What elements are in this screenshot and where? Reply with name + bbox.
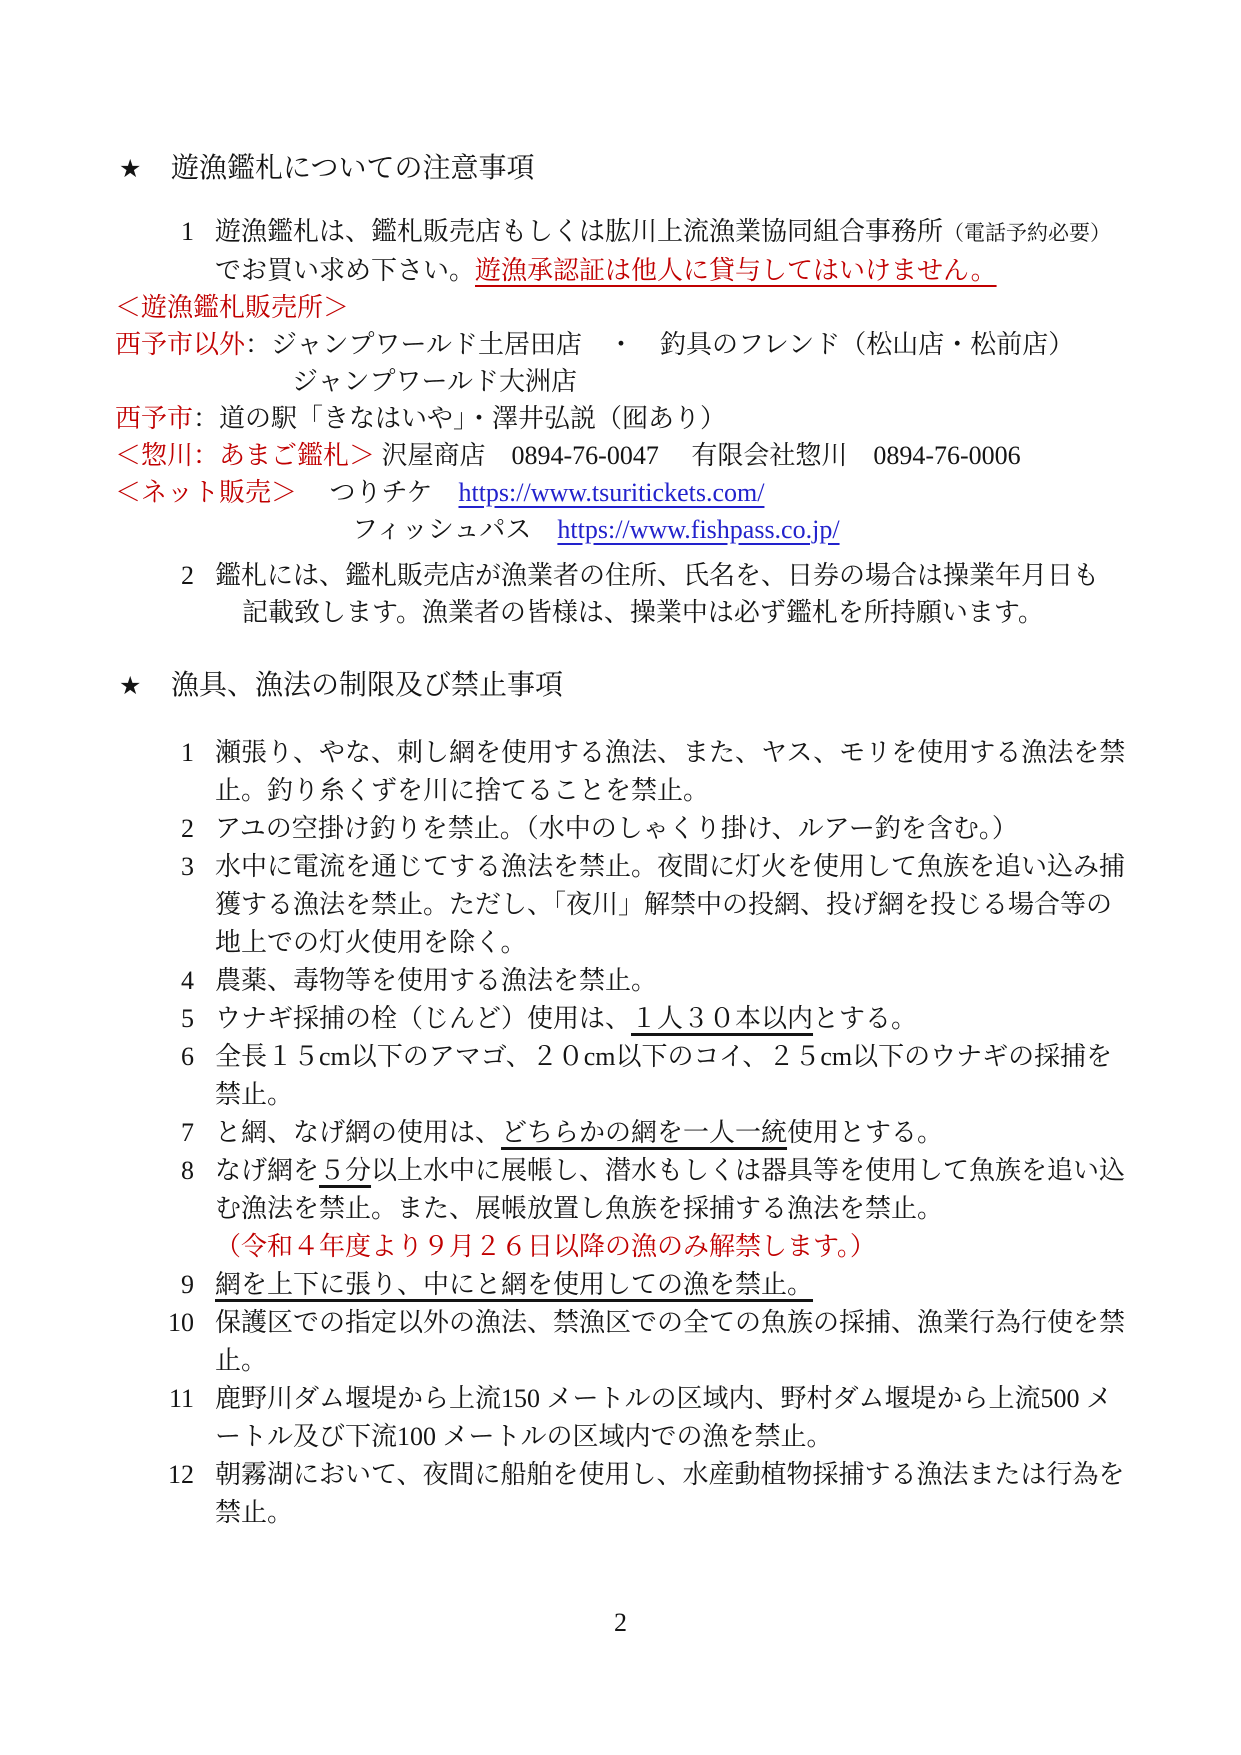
text-segment: なげ網を — [215, 1156, 319, 1185]
text-segment: どちらかの網を一人一統 — [501, 1118, 787, 1147]
rule-item-6-number: 6 — [160, 1038, 194, 1076]
text-segment: １人３０本以内 — [631, 1004, 813, 1033]
text-segment: ジャンプワールド大洲店 — [292, 367, 577, 396]
text-segment: ５分 — [319, 1156, 371, 1185]
section2-heading: ★漁具、漁法の制限及び禁止事項 — [115, 665, 1131, 708]
prohibition-list: 1 瀬張り、やな、刺し網を使用する漁法、また、ヤス、モリを使用する漁法を禁止。釣… — [115, 734, 1131, 1532]
seller-row-jumpworld-ozu: ジャンプワールド大洲店 — [115, 363, 1131, 400]
rule-item-5: 5 ウナギ採捕の栓（じんど）使用は、１人３０本以内とする。 — [115, 1000, 1131, 1038]
text-segment: 記載致します。漁業者の皆様は、操業中は必ず鑑札を所持願います。 — [242, 598, 1044, 627]
text-segment: フィッシュパス — [352, 515, 557, 544]
text-segment: 保護区での指定以外の漁法、禁漁区での全ての魚族の採捕、漁業行為行使を禁止。 — [215, 1308, 1125, 1375]
page-number: 2 — [0, 1608, 1241, 1638]
rule-item-10-number: 10 — [160, 1304, 194, 1342]
rule-item-12-text: 朝霧湖において、夜間に船舶を使用し、水産動植物採捕する漁法または行為を禁止。 — [215, 1460, 1124, 1527]
rule-item-9: 9 網を上下に張り、中にと網を使用しての漁を禁止。 — [115, 1266, 1131, 1304]
text-segment: 鹿野川ダム堰堤から上流150 メートルの区域内、野村ダム堰堤から上流500 メー… — [215, 1384, 1112, 1451]
tsuritickets-link[interactable]: https://www.tsuritickets.com/ — [458, 478, 764, 507]
rule-item-10: 10 保護区での指定以外の漁法、禁漁区での全ての魚族の採捕、漁業行為行使を禁止。 — [115, 1304, 1131, 1380]
text-segment: 遊漁承認証は他人に貸与してはいけません。 — [475, 256, 997, 285]
text-segment: と網、なげ網の使用は、 — [215, 1118, 501, 1147]
text-segment: ＜惣川：あまご鑑札＞ — [115, 441, 375, 470]
text-segment: 朝霧湖において、夜間に船舶を使用し、水産動植物採捕する漁法または行為を禁止。 — [215, 1460, 1124, 1527]
seller-row-seiyo: 西予市：道の駅「きなはいや」・澤井弘説（囮あり） — [115, 400, 1131, 437]
text-segment: 西予市 — [115, 404, 193, 433]
notice-item-2-line2: 記載致します。漁業者の皆様は、操業中は必ず鑑札を所持願います。 — [215, 598, 1044, 627]
rule-item-3-text: 水中に電流を通じてする漁法を禁止。夜間に灯火を使用して魚族を追い込み捕獲する漁法… — [215, 852, 1125, 957]
rule-item-7: 7 と網、なげ網の使用は、どちらかの網を一人一統使用とする。 — [115, 1114, 1131, 1152]
rule-item-9-text: 網を上下に張り、中にと網を使用しての漁を禁止。 — [215, 1270, 813, 1299]
text-segment: 網を上下に張り、中にと網を使用しての漁を禁止。 — [215, 1270, 813, 1299]
notice-item-1-number: 1 — [160, 213, 194, 250]
rule-item-1-number: 1 — [160, 734, 194, 772]
text-segment: 全長１５cm以下のアマゴ、２０cm以下のコイ、２５cm以下のウナギの採捕を禁止。 — [215, 1042, 1112, 1109]
seller-row-net-fishpass: フィッシュパス https://www.fishpass.co.jp/ — [115, 511, 1131, 548]
rule-item-4: 4 農薬、毒物等を使用する漁法を禁止。 — [115, 962, 1131, 1000]
text-segment: 瀬張り、やな、刺し網を使用する漁法、また、ヤス、モリを使用する漁法を禁止。釣り糸… — [215, 738, 1125, 805]
text-segment: （令和４年度より９月２６日以降の漁のみ解禁します。） — [215, 1228, 1131, 1266]
notice-item-1-line1: 遊漁鑑札は、鑑札販売店もしくは肱川上流漁業協同組合事務所（電話予約必要） — [215, 217, 1111, 246]
notice-item-2-line1: 鑑札には、鑑札販売店が漁業者の住所、氏名を、日券の場合は操業年月日も — [215, 561, 1099, 590]
text-segment: つりチケ — [297, 478, 458, 507]
rule-item-6-text: 全長１５cm以下のアマゴ、２０cm以下のコイ、２５cm以下のウナギの採捕を禁止。 — [215, 1042, 1112, 1109]
rule-item-2-text: アユの空掛け釣りを禁止。（水中のしゃくり掛け、ルアー釣を含む。） — [215, 814, 1018, 843]
rule-item-11-text: 鹿野川ダム堰堤から上流150 メートルの区域内、野村ダム堰堤から上流500 メー… — [215, 1384, 1112, 1451]
rule-item-11-number: 11 — [160, 1380, 194, 1418]
text-segment: でお買い求め下さい。 — [215, 256, 475, 285]
text-segment: 西予市以外 — [115, 330, 245, 359]
rule-item-7-text: と網、なげ網の使用は、どちらかの網を一人一統使用とする。 — [215, 1118, 943, 1147]
seller-row-net-tsuritickets: ＜ネット販売＞ つりチケ https://www.tsuritickets.co… — [115, 474, 1131, 511]
seller-row-outside-seiyo: 西予市以外：ジャンプワールド土居田店 ・ 釣具のフレンド（松山店・松前店） — [115, 326, 1131, 363]
rule-item-3: 3 水中に電流を通じてする漁法を禁止。夜間に灯火を使用して魚族を追い込み捕獲する… — [115, 848, 1131, 962]
text-segment: ＜遊漁鑑札販売所＞ — [115, 293, 349, 322]
rule-item-8-number: 8 — [160, 1152, 194, 1190]
rule-item-2-number: 2 — [160, 810, 194, 848]
document-page: ★遊漁鑑札についての注意事項 1 遊漁鑑札は、鑑札販売店もしくは肱川上流漁業協同… — [0, 0, 1241, 1755]
rule-item-6: 6 全長１５cm以下のアマゴ、２０cm以下のコイ、２５cm以下のウナギの採捕を禁… — [115, 1038, 1131, 1114]
text-segment: アユの空掛け釣りを禁止。（水中のしゃくり掛け、ルアー釣を含む。） — [215, 814, 1018, 843]
notice-item-2-number: 2 — [160, 557, 194, 594]
rule-item-9-number: 9 — [160, 1266, 194, 1304]
rule-item-3-number: 3 — [160, 848, 194, 886]
text-segment: 使用とする。 — [787, 1118, 943, 1147]
rule-item-8: 8 なげ網を５分以上水中に展帳し、潜水もしくは器具等を使用して魚族を追い込む漁法… — [115, 1152, 1131, 1266]
rule-item-10-text: 保護区での指定以外の漁法、禁漁区での全ての魚族の採捕、漁業行為行使を禁止。 — [215, 1308, 1125, 1375]
rule-item-12: 12 朝霧湖において、夜間に船舶を使用し、水産動植物採捕する漁法または行為を禁止… — [115, 1456, 1131, 1532]
text-segment: ＜ネット販売＞ — [115, 478, 297, 507]
rule-item-12-number: 12 — [160, 1456, 194, 1494]
text-segment: （電話予約必要） — [943, 221, 1111, 245]
section1-heading-text: 遊漁鑑札についての注意事項 — [171, 153, 534, 184]
seller-row-sogawa-amago: ＜惣川：あまご鑑札＞ 沢屋商店 0894-76-0047 有限会社惣川 0894… — [115, 437, 1131, 474]
text-segment: とする。 — [813, 1004, 917, 1033]
text-segment: 遊漁鑑札は、鑑札販売店もしくは肱川上流漁業協同組合事務所 — [215, 217, 943, 246]
rule-item-5-number: 5 — [160, 1000, 194, 1038]
section1-heading: ★遊漁鑑札についての注意事項 — [115, 148, 1131, 191]
star-bullet-icon: ★ — [115, 149, 171, 191]
license-sellers-block: ＜遊漁鑑札販売所＞ 西予市以外：ジャンプワールド土居田店 ・ 釣具のフレンド（松… — [115, 289, 1131, 548]
text-segment: 沢屋商店 0894-76-0047 有限会社惣川 0894-76-0006 — [375, 441, 1021, 470]
rule-item-7-number: 7 — [160, 1114, 194, 1152]
text-segment: 水中に電流を通じてする漁法を禁止。夜間に灯火を使用して魚族を追い込み捕獲する漁法… — [215, 852, 1125, 957]
text-segment: 農薬、毒物等を使用する漁法を禁止。 — [215, 966, 657, 995]
rule-item-1-text: 瀬張り、やな、刺し網を使用する漁法、また、ヤス、モリを使用する漁法を禁止。釣り糸… — [215, 738, 1125, 805]
fishpass-link[interactable]: https://www.fishpass.co.jp/ — [557, 515, 839, 544]
rule-item-1: 1 瀬張り、やな、刺し網を使用する漁法、また、ヤス、モリを使用する漁法を禁止。釣… — [115, 734, 1131, 810]
sellers-header: ＜遊漁鑑札販売所＞ — [115, 289, 1131, 326]
text-segment: ：ジャンプワールド土居田店 ・ 釣具のフレンド（松山店・松前店） — [245, 330, 1074, 359]
rule-item-11: 11 鹿野川ダム堰堤から上流150 メートルの区域内、野村ダム堰堤から上流500… — [115, 1380, 1131, 1456]
page-content: ★遊漁鑑札についての注意事項 1 遊漁鑑札は、鑑札販売店もしくは肱川上流漁業協同… — [115, 148, 1131, 1532]
notice-item-2: 2 鑑札には、鑑札販売店が漁業者の住所、氏名を、日券の場合は操業年月日も 記載致… — [115, 557, 1131, 631]
text-segment: ：道の駅「きなはいや」・澤井弘説（囮あり） — [193, 404, 726, 433]
rule-item-5-text: ウナギ採捕の栓（じんど）使用は、１人３０本以内とする。 — [215, 1004, 917, 1033]
notice-item-1: 1 遊漁鑑札は、鑑札販売店もしくは肱川上流漁業協同組合事務所（電話予約必要） で… — [115, 213, 1131, 289]
section2-heading-text: 漁具、漁法の制限及び禁止事項 — [171, 670, 563, 701]
rule-item-4-text: 農薬、毒物等を使用する漁法を禁止。 — [215, 966, 657, 995]
notice-item-1-line2: でお買い求め下さい。遊漁承認証は他人に貸与してはいけません。 — [215, 256, 997, 285]
rule-item-8-text: なげ網を５分以上水中に展帳し、潜水もしくは器具等を使用して魚族を追い込む漁法を禁… — [215, 1156, 1131, 1266]
rule-item-2: 2 アユの空掛け釣りを禁止。（水中のしゃくり掛け、ルアー釣を含む。） — [115, 810, 1131, 848]
rule-item-4-number: 4 — [160, 962, 194, 1000]
text-segment: ウナギ採捕の栓（じんど）使用は、 — [215, 1004, 631, 1033]
star-bullet-icon: ★ — [115, 666, 171, 708]
text-segment: 鑑札には、鑑札販売店が漁業者の住所、氏名を、日券の場合は操業年月日も — [215, 561, 1099, 590]
